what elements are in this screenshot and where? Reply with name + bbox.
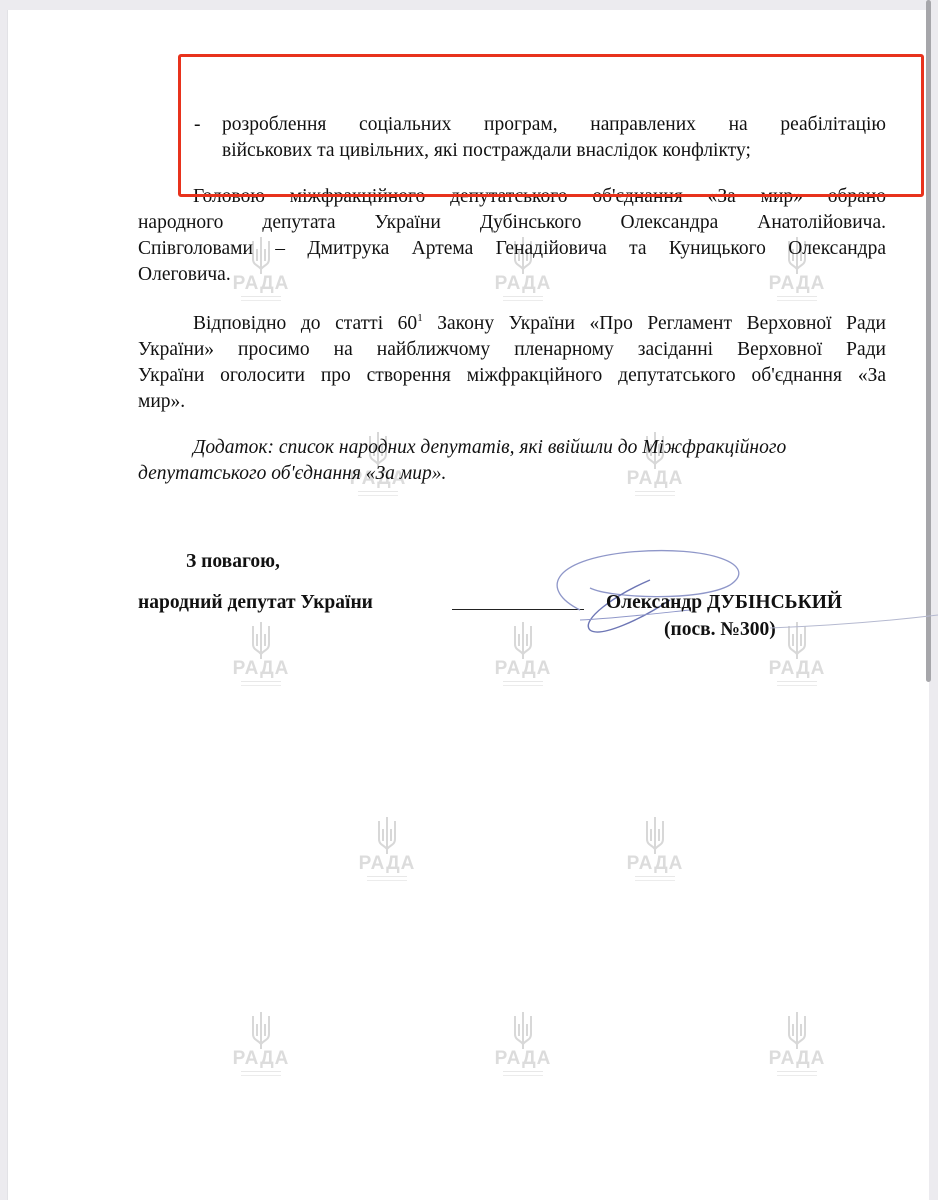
watermark-subtext — [503, 681, 543, 686]
closing-regards: З повагою, — [186, 549, 280, 575]
watermark: РАДА — [342, 815, 432, 881]
watermark-label: РАДА — [610, 855, 700, 873]
watermark: РАДА — [216, 620, 306, 686]
trident-icon — [376, 815, 398, 855]
highlight-annotation-box — [178, 54, 924, 197]
watermark: РАДА — [216, 1010, 306, 1076]
appendix-note: Додаток: список народних депутатів, які … — [138, 435, 886, 487]
watermark-label: РАДА — [478, 1050, 568, 1068]
trident-icon — [512, 1010, 534, 1050]
paragraph-line: мир». — [138, 389, 886, 415]
paragraph-heads: Головою міжфракційного депутатського об'… — [138, 184, 886, 288]
watermark-label: РАДА — [342, 855, 432, 873]
watermark-subtext — [503, 296, 543, 301]
text-span: Відповідно до статті 60 — [193, 313, 417, 334]
trident-icon — [250, 620, 272, 660]
watermark: РАДА — [752, 1010, 842, 1076]
trident-icon — [644, 815, 666, 855]
watermark-subtext — [241, 681, 281, 686]
watermark-subtext — [241, 1071, 281, 1076]
paragraph-line: народного депутата України Дубінського О… — [138, 210, 886, 236]
watermark-subtext — [358, 491, 398, 496]
trident-icon — [786, 1010, 808, 1050]
watermark-subtext — [777, 296, 817, 301]
watermark-subtext — [777, 1071, 817, 1076]
paragraph-line: України» просимо на найближчому пленарно… — [138, 337, 886, 363]
watermark-subtext — [241, 296, 281, 301]
watermark: РАДА — [478, 1010, 568, 1076]
watermark-label: РАДА — [752, 1050, 842, 1068]
signer-position: народний депутат України — [138, 590, 373, 616]
paragraph-line: Відповідно до статті 601 Закону України … — [138, 311, 886, 337]
watermark-subtext — [635, 491, 675, 496]
paragraph-line: України оголосити про створення міжфракц… — [138, 363, 886, 389]
watermark-label: РАДА — [752, 660, 842, 678]
watermark-label: РАДА — [216, 1050, 306, 1068]
watermark-subtext — [503, 1071, 543, 1076]
watermark: РАДА — [610, 815, 700, 881]
text-span: Закону України «Про Регламент Верховної … — [423, 313, 886, 334]
watermark-label: РАДА — [216, 660, 306, 678]
appendix-line: депутатського об'єднання «За мир». — [138, 461, 886, 487]
watermark-subtext — [777, 681, 817, 686]
watermark-label: РАДА — [478, 660, 568, 678]
paragraph-line: Співголовами – Дмитрука Артема Генадійов… — [138, 236, 886, 262]
watermark-subtext — [367, 876, 407, 881]
paragraph-line: Олеговича. — [138, 262, 886, 288]
signer-name: Олександр ДУБІНСЬКИЙ — [606, 590, 842, 616]
paragraph-request: Відповідно до статті 601 Закону України … — [138, 311, 886, 415]
watermark-subtext — [635, 876, 675, 881]
trident-icon — [250, 1010, 272, 1050]
appendix-line: Додаток: список народних депутатів, які … — [138, 435, 886, 461]
